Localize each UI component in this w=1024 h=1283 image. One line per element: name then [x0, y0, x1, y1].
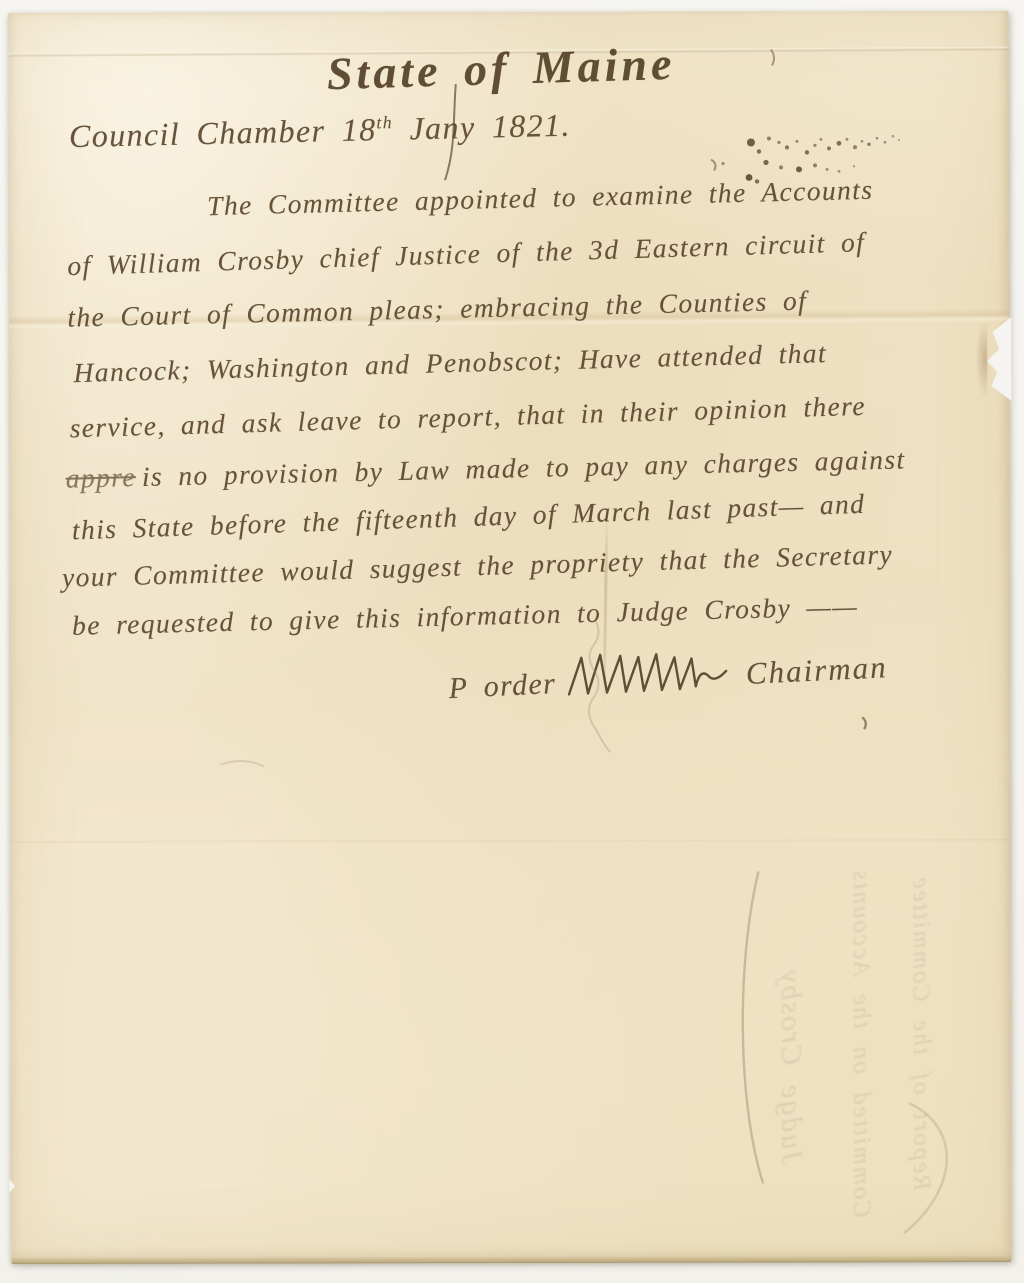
letter-line-text: is no provision by Law made to pay any c…	[142, 443, 906, 492]
verso-showthrough-line: Judge Crosby	[774, 876, 809, 1256]
verso-showthrough-line: Committed on the Accounts	[846, 823, 875, 1263]
letter-line: be requested to give this information to…	[72, 590, 859, 641]
verso-showthrough-line: Report of the Committee	[906, 798, 935, 1268]
letter-line: The Committee appointed to examine the A…	[207, 174, 874, 223]
scan-background: State of Maine Council Chamber 18th Jany…	[0, 0, 1024, 1283]
document-title: State of Maine	[326, 37, 676, 100]
letter-line: your Committee would suggest the proprie…	[62, 538, 894, 593]
document-page: State of Maine Council Chamber 18th Jany…	[9, 11, 1012, 1263]
letter-line: the Court of Common pleas; embracing the…	[67, 285, 807, 334]
per-order-label: P order	[448, 667, 557, 706]
torn-edge-shadow	[975, 319, 987, 399]
letter-line: appreis no provision by Law made to pay …	[65, 443, 905, 494]
left-edge-nick	[9, 1179, 15, 1193]
letter-line: Hancock; Washington and Penobscot; Have …	[73, 337, 827, 389]
letter-line: this State before the fifteenth day of M…	[71, 488, 865, 547]
chairman-signature-scrawl	[565, 644, 737, 700]
dateline: Council Chamber 18th Jany 1821.	[69, 107, 572, 156]
chairman-label: Chairman	[745, 649, 888, 692]
dateline-month-year: Jany 1821.	[393, 107, 572, 147]
letter-line: service, and ask leave to report, that i…	[69, 390, 866, 445]
letter-line: of William Crosby chief Justice of the 3…	[67, 226, 866, 282]
signature-line: P order Chairman	[447, 637, 888, 706]
dateline-ordinal: th	[376, 112, 393, 132]
torn-edge-notch	[984, 317, 1011, 401]
dateline-place-day: Council Chamber 18	[69, 111, 377, 154]
struck-out-word: appre	[65, 461, 136, 494]
